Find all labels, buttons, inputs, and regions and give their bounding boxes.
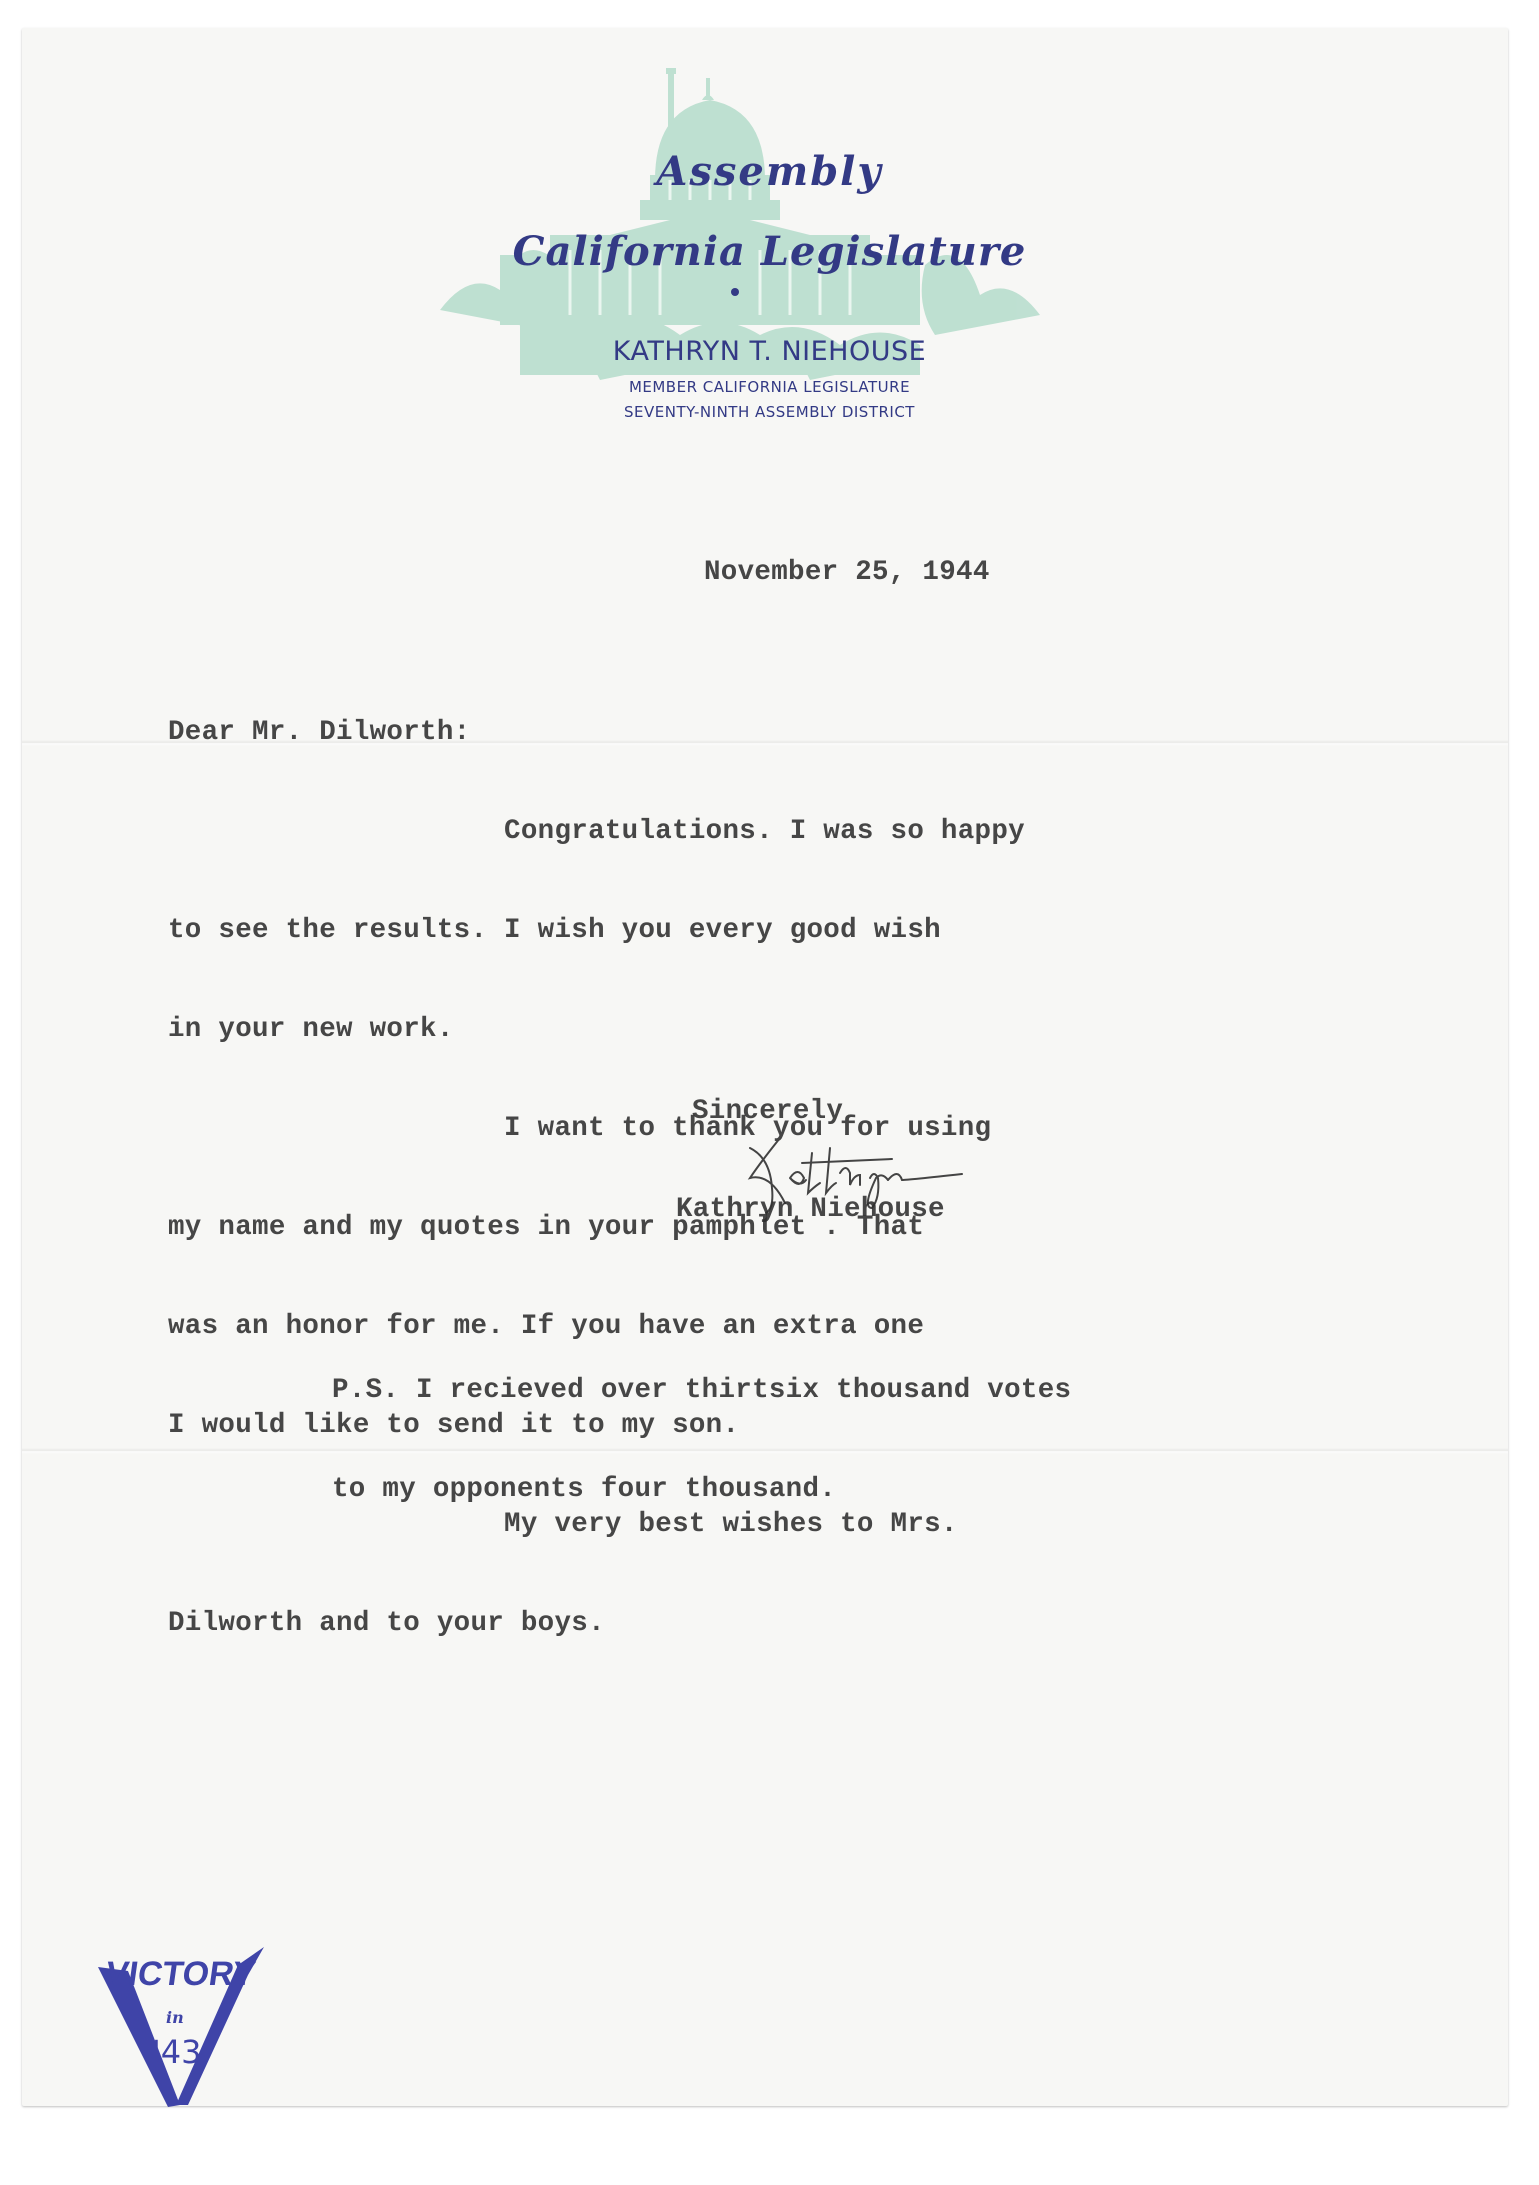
letterhead-subtitle-district: SEVENTY-NINTH ASSEMBLY DISTRICT [0,403,1539,421]
letterhead-subtitle-member: MEMBER CALIFORNIA LEGISLATURE [0,378,1539,396]
stamp-year-text: '43 [152,2033,202,2071]
letterhead: Assembly California Legislature KATHRYN … [0,30,1539,430]
body-line: Dilworth and to your boys. [168,1607,1025,1640]
letter-date: November 25, 1944 [704,556,990,589]
victory-v-icon: VICTORY in '43 [88,1945,268,2115]
letterhead-california-legislature: California Legislature [0,228,1539,275]
salutation: Dear Mr. Dilworth: [168,716,1025,749]
letterhead-dot [731,288,739,296]
closing: Sincerely [692,1095,843,1128]
body-line: Congratulations. I was so happy [168,815,1025,848]
postscript-line: P.S. I recieved over thirtsix thousand v… [332,1374,1071,1407]
postscript: P.S. I recieved over thirtsix thousand v… [332,1308,1071,1539]
letterhead-member-name: KATHRYN T. NIEHOUSE [0,336,1539,367]
postscript-line: to my opponents four thousand. [332,1473,1071,1506]
body-line: to see the results. I wish you every goo… [168,914,1025,947]
letterhead-assembly: Assembly [0,148,1539,195]
stamp-in-text: in [166,2008,184,2027]
stamp-victory-text: VICTORY [103,1955,258,1993]
typed-signature-name: Kathryn Niehouse [676,1193,945,1226]
body-line: in your new work. [168,1013,1025,1046]
